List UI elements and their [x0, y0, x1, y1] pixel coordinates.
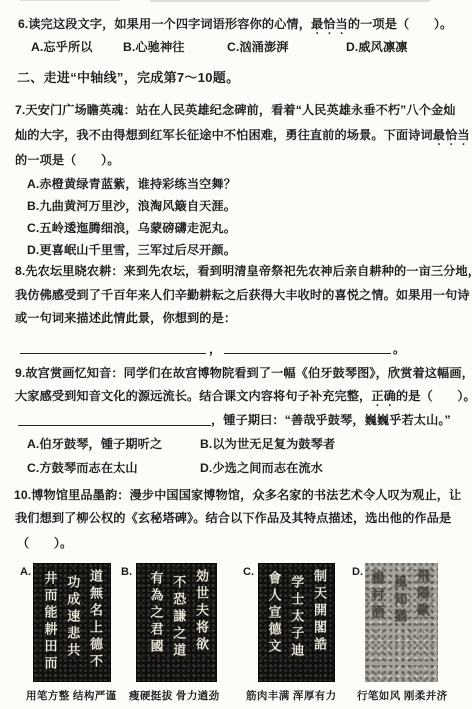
- artwork-d-caption: 行笔如风 刚柔并济: [357, 688, 448, 703]
- q7-line1-rest: 站在人民英雄纪念碑前，看着“人民英雄永垂不朽”八个金灿: [136, 103, 456, 117]
- q9-line2-emphasis: 正确: [371, 389, 396, 403]
- q10-line3: （ ）。: [17, 536, 72, 550]
- artwork-c-caption: 筋肉丰满 浑厚有力: [246, 688, 337, 703]
- q8-line3: 或一句词来描述此情此景，你想到的是：: [15, 311, 236, 325]
- q6-option-b: B.心驰神往: [123, 40, 185, 54]
- q9-option-a: A.伯牙鼓琴，锺子期听之: [27, 437, 162, 451]
- q6-stem-emphasis: 最恰当: [311, 17, 348, 31]
- q9-option-d: D.少选之间而志在流水: [200, 461, 323, 475]
- q10-line1: 10.博物馆里品墨韵：漫步中国国家博物馆，众多名家的书法艺术令人叹为观止，让: [14, 488, 461, 502]
- rubbing-a-column-1: 道無名上德不: [83, 569, 106, 676]
- q10-lead: 10.博物馆里品墨韵：: [14, 488, 130, 502]
- q9-fill-blank: [18, 410, 211, 426]
- artwork-d-label: D.: [352, 566, 363, 578]
- q9-option-c: C.方鼓琴而志在太山: [27, 461, 138, 475]
- q9-line2: 大家感受到知音文化的源远流长。结合课文内容将句子补充完整，正确的是（ ）。: [15, 389, 472, 409]
- q7-option-b: B.九曲黄河万里沙，浪淘风簸自天涯。: [27, 199, 236, 213]
- q7-line3: 的一项是（ ）。: [15, 153, 120, 167]
- q6-stem: 6.读完这段文字，如果用一个四字词语形容你的心情，最恰当的一项是（ ）。: [18, 17, 452, 37]
- artwork-a-label: A.: [20, 566, 31, 578]
- q8-lead: 8.先农坛里晓农耕：: [15, 264, 124, 278]
- q9-line2-post: 的是（ ）。: [396, 389, 472, 403]
- rubbing-b-column-3: 有為之君國: [144, 569, 167, 676]
- q7-line2-emphasis: 最恰当: [433, 128, 470, 142]
- q7-option-c: C.五岭逶迤腾细浪，乌蒙磅礴走泥丸。: [27, 221, 236, 235]
- q10-line2: 我们想到了柳公权的《玄秘塔碑》。结合以下作品及其特点描述，选出他的作品是: [15, 511, 451, 525]
- artwork-b-caption: 瘦硬挺拔 骨力遒劲: [129, 688, 220, 703]
- rubbing-c-column-3: 會人宣德文: [262, 569, 285, 676]
- artwork-c-label: C.: [243, 566, 254, 578]
- q7-line2-pre: 灿的大字，我不由得想到红军长征途中不怕困难，勇往直前的场景。下面诗词: [15, 128, 433, 142]
- rubbing-a-column-3: 井而能耕田而: [38, 569, 61, 676]
- q9-lead: 9.故宫赏画忆知音：: [15, 366, 124, 380]
- artwork-b-label: B.: [121, 566, 132, 578]
- q8-line2: 我仿佛感受到了千百年来人们辛勤耕耘之后获得大丰收时的喜悦之情。如果用一句诗: [15, 288, 470, 302]
- q9-line1-rest: 同学们在故宫博物院看到了一幅《伯牙鼓琴图》，欣赏着这幅画，: [124, 366, 472, 380]
- q9-line2-pre: 大家感受到知音文化的源远流长。结合课文内容将句子补充完整，: [15, 389, 371, 403]
- rubbing-d-column-1: 飛陽歐: [410, 569, 433, 676]
- q8-blank-separator: ，: [209, 342, 221, 356]
- rubbing-b-column-2: 不恐謙之道: [167, 569, 190, 676]
- q6-option-c: C.汹涌澎湃: [227, 40, 289, 54]
- q9-fill-suffix: ，锺子期曰：“善哉乎鼓琴，巍巍乎若太山。”: [211, 413, 451, 427]
- calligraphy-rubbing-a: 道無名上德不 功成速悲共 井而能耕田而: [33, 563, 111, 682]
- exam-paper-page: 6.读完这段文字，如果用一个四字词语形容你的心情，最恰当的一项是（ ）。 A.忘…: [0, 0, 472, 709]
- rubbing-c-column-1: 制天開閣誥: [307, 569, 330, 676]
- q8-answer-blank-1: [20, 338, 206, 354]
- rubbing-c-column-2: 学士太子迪: [285, 569, 308, 676]
- q8-blank-end: 。: [393, 342, 405, 356]
- q6-option-a: A.忘乎所以: [31, 40, 93, 54]
- rubbing-d-column-2: 風知猶: [388, 569, 411, 676]
- q8-line1-rest: 来到先农坛，看到明清皇帝祭祀先农神后亲自耕种的一亩三分地，: [124, 264, 472, 278]
- q7-lead: 7.天安门广场瞻英魂：: [15, 103, 136, 117]
- calligraphy-rubbing-b: 効世夫将欲 不恐謙之道 有為之君國: [136, 563, 217, 682]
- scan-artifact: [20, 0, 120, 1]
- q7-line1: 7.天安门广场瞻英魂：站在人民英雄纪念碑前，看着“人民英雄永垂不朽”八个金灿: [15, 103, 456, 117]
- section-2-header: 二、走进“中轴线”，完成第7～10题。: [17, 71, 239, 85]
- calligraphy-rubbing-d: 飛陽歐 風知猶 楊村酒: [365, 563, 438, 682]
- q8-line1: 8.先农坛里晓农耕：来到先农坛，看到明清皇帝祭祀先农神后亲自耕种的一亩三分地，: [15, 264, 472, 278]
- q6-stem-pre: 6.读完这段文字，如果用一个四字词语形容你的心情，: [18, 17, 311, 31]
- calligraphy-rubbing-c: 制天開閣誥 学士太子迪 會人宣德文: [258, 563, 335, 682]
- scan-artifact: [150, 0, 430, 2]
- rubbing-a-column-2: 功成速悲共: [61, 569, 84, 676]
- q7-option-a: A.赤橙黄绿青蓝紫，谁持彩练当空舞？: [27, 177, 236, 191]
- rubbing-d-column-3: 楊村酒: [365, 569, 388, 676]
- q9-option-b: B.以为世无足复为鼓琴者: [200, 437, 335, 451]
- q10-line1-rest: 漫步中国国家博物馆，众多名家的书法艺术令人叹为观止，让: [130, 488, 462, 502]
- q6-option-d: D.威风凛凛: [346, 40, 408, 54]
- artwork-a-caption: 用笔方整 结构严谨: [26, 688, 117, 703]
- rubbing-b-column-1: 効世夫将欲: [189, 569, 212, 676]
- q7-line2: 灿的大字，我不由得想到红军长征途中不怕困难，勇往直前的场景。下面诗词最恰当: [15, 128, 470, 148]
- q6-stem-post: 的一项是（ ）。: [348, 17, 453, 31]
- q8-answer-blank-2: [224, 338, 391, 354]
- q9-line1: 9.故宫赏画忆知音：同学们在故宫博物院看到了一幅《伯牙鼓琴图》，欣赏着这幅画，: [15, 366, 472, 380]
- q7-option-d: D.更喜岷山千里雪，三军过后尽开颜。: [27, 243, 236, 257]
